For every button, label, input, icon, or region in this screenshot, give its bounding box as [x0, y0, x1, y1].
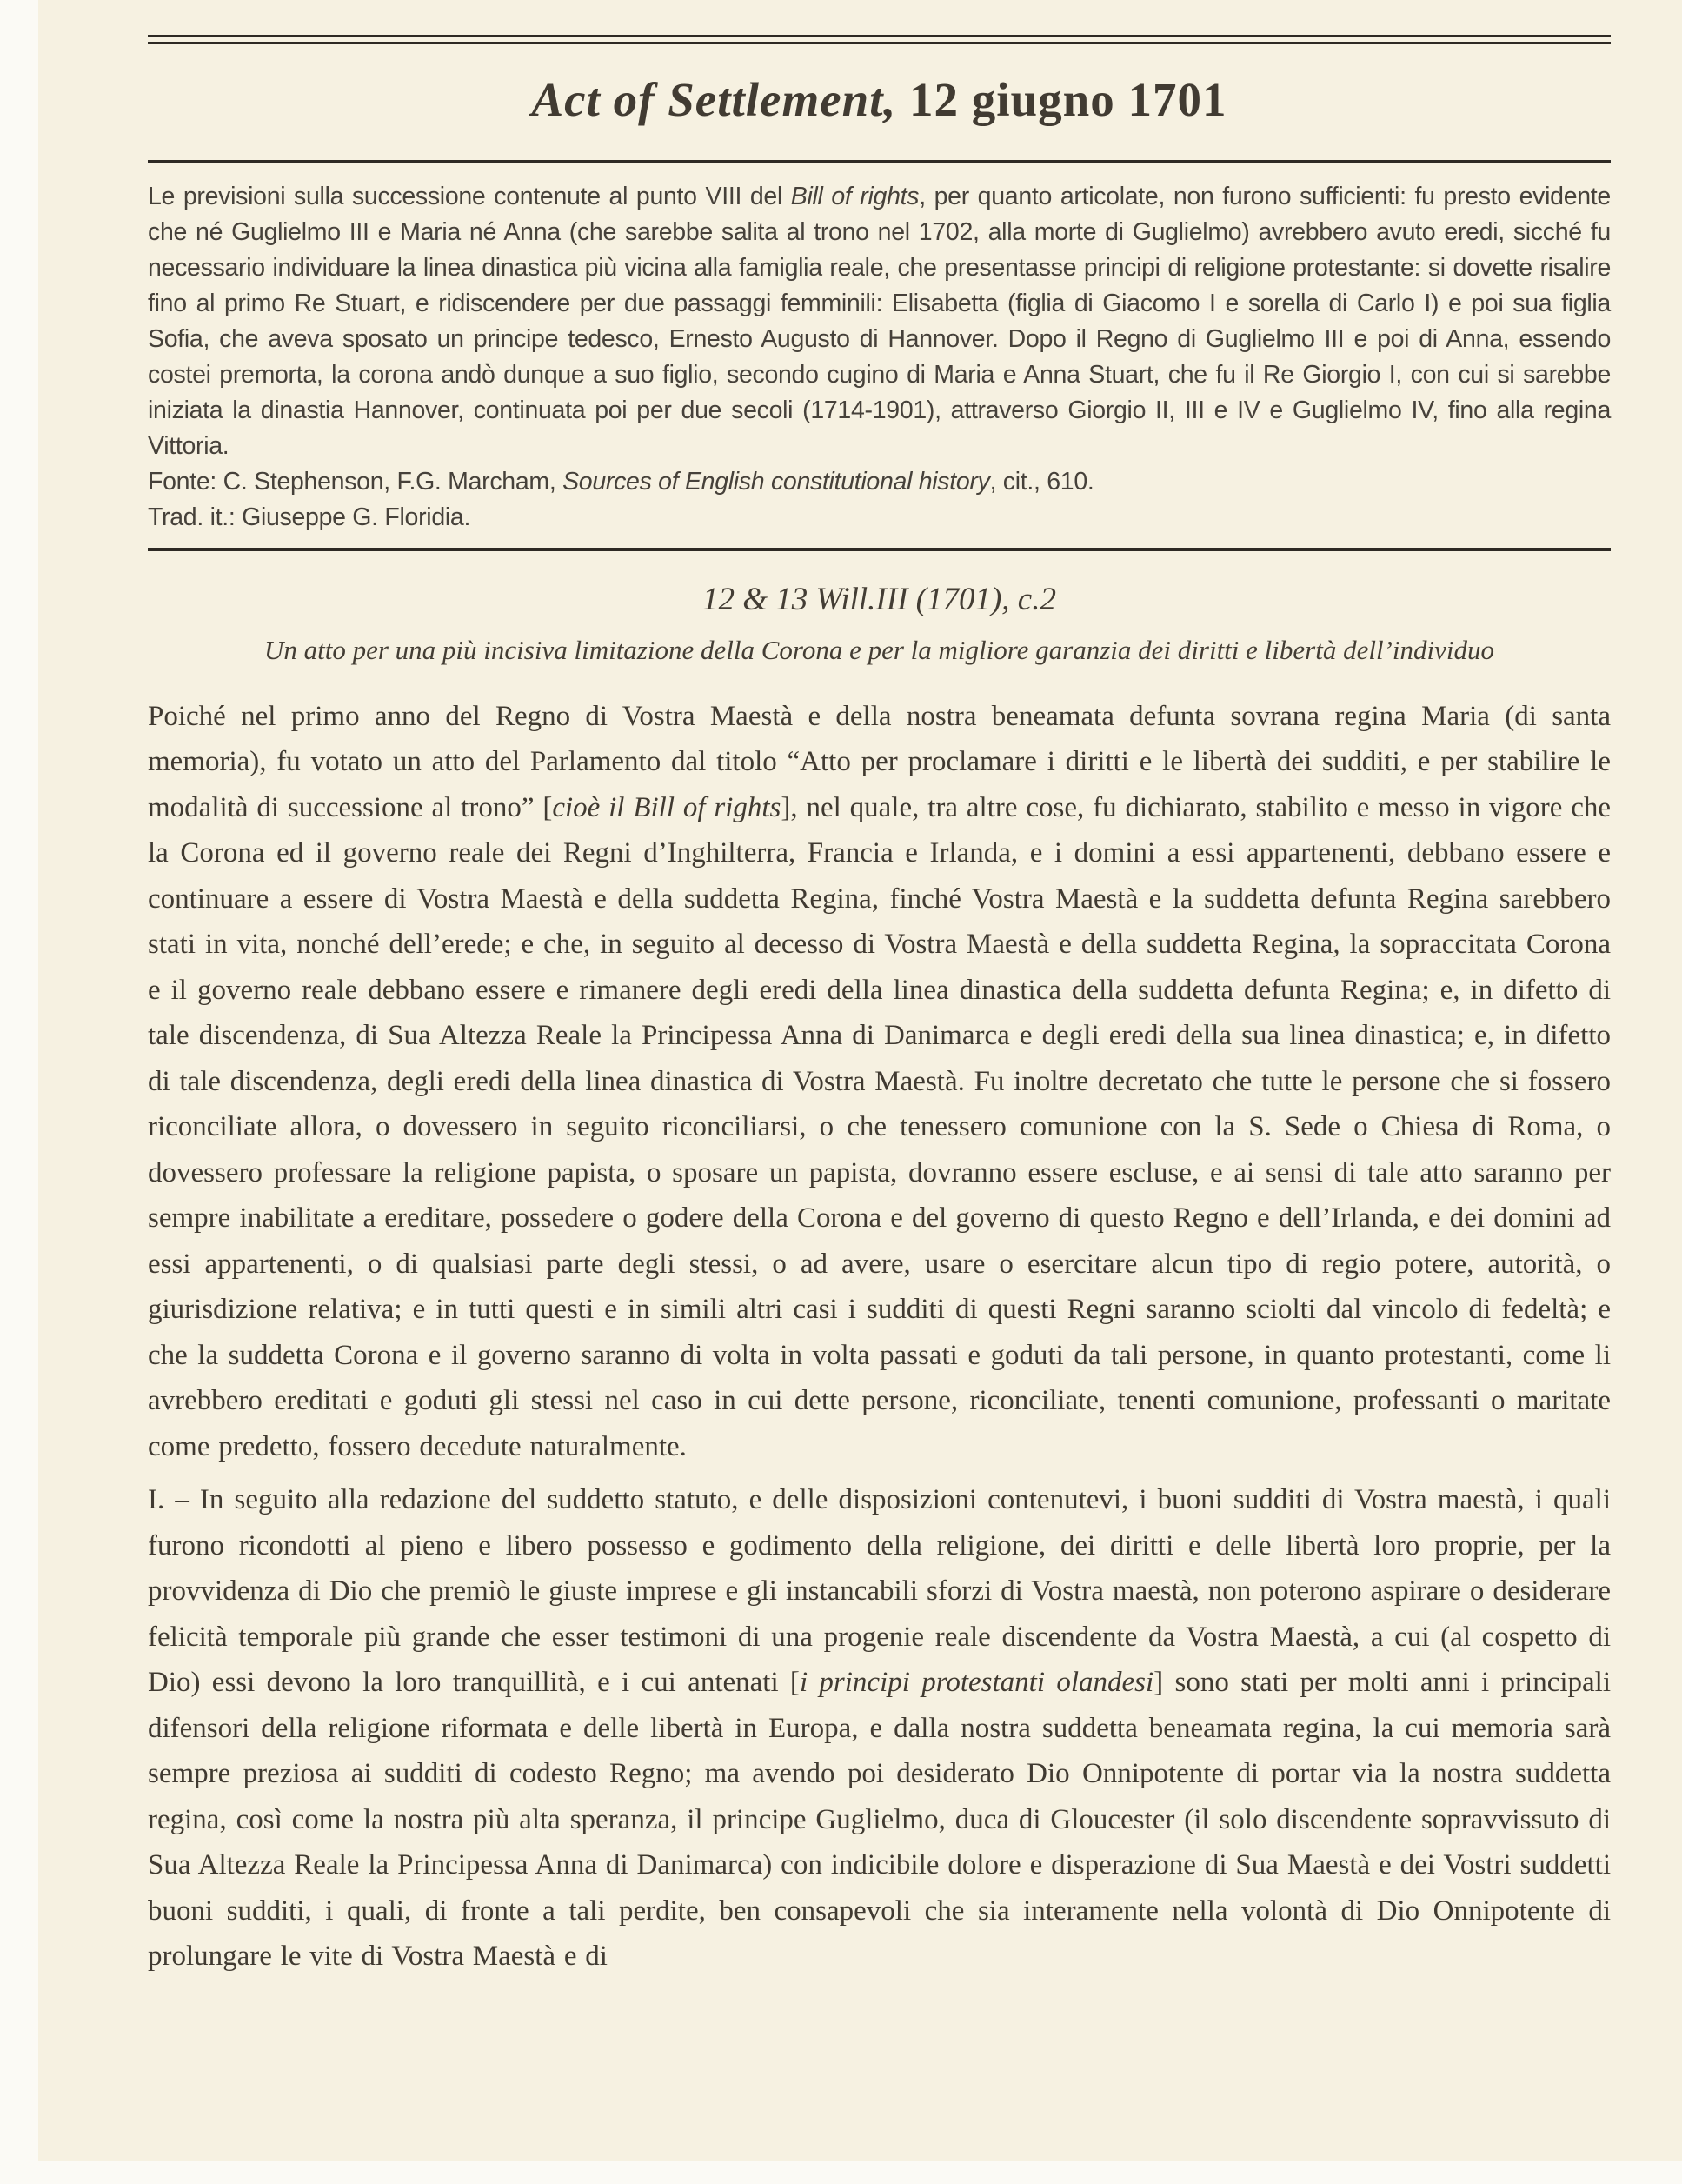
paragraph-2-text-after: ] sono stati per molti anni i principali…: [148, 1667, 1611, 1972]
scan-edge-bottom: [0, 2161, 1682, 2184]
intro-bill-of-rights-italic: Bill of rights: [791, 183, 919, 210]
intro-paragraph: Le previsioni sulla successione contenut…: [148, 179, 1611, 464]
intro-text-before: Le previsioni sulla successione contenut…: [148, 183, 791, 210]
statute-paragraph-2: I. – In seguito alla redazione del sudde…: [148, 1477, 1611, 1980]
source-text-before: Fonte: C. Stephenson, F.G. Marcham,: [148, 468, 562, 496]
source-line: Fonte: C. Stephenson, F.G. Marcham, Sour…: [148, 464, 1611, 500]
source-text-after: , cit., 610.: [990, 468, 1094, 496]
paragraph-2-gloss-italic: i principi protestanti olandesi: [800, 1667, 1153, 1698]
title-rule: [148, 160, 1611, 163]
top-double-rule: [148, 35, 1611, 44]
page-title-italic-part: Act of Settlement,: [532, 73, 897, 126]
section-rule: [148, 548, 1611, 551]
paragraph-1-text-after: ], nel quale, tra altre cose, fu dichiar…: [148, 792, 1611, 1462]
page-content-column: Act of Settlement, 12 giugno 1701 Le pre…: [148, 0, 1611, 1980]
scanned-book-page: { "colors": { "page_background": "#f6f1e…: [0, 0, 1682, 2184]
scan-edge-left: [0, 0, 38, 2184]
source-work-title-italic: Sources of English constitutional histor…: [562, 468, 989, 496]
page-title-date-part: 12 giugno 1701: [896, 73, 1227, 126]
page-title: Act of Settlement, 12 giugno 1701: [148, 72, 1611, 128]
translation-line: Trad. it.: Giuseppe G. Floridia.: [148, 500, 1611, 536]
statute-citation-heading: 12 & 13 Will.III (1701), c.2: [148, 581, 1611, 619]
intro-text-after: , per quanto articolate, non furono suff…: [148, 183, 1611, 460]
paragraph-1-gloss-italic: cioè il Bill of rights: [552, 792, 781, 823]
statute-subtitle: Un atto per una più incisiva limitazione…: [148, 633, 1611, 668]
statute-paragraph-1: Poiché nel primo anno del Regno di Vostr…: [148, 694, 1611, 1470]
